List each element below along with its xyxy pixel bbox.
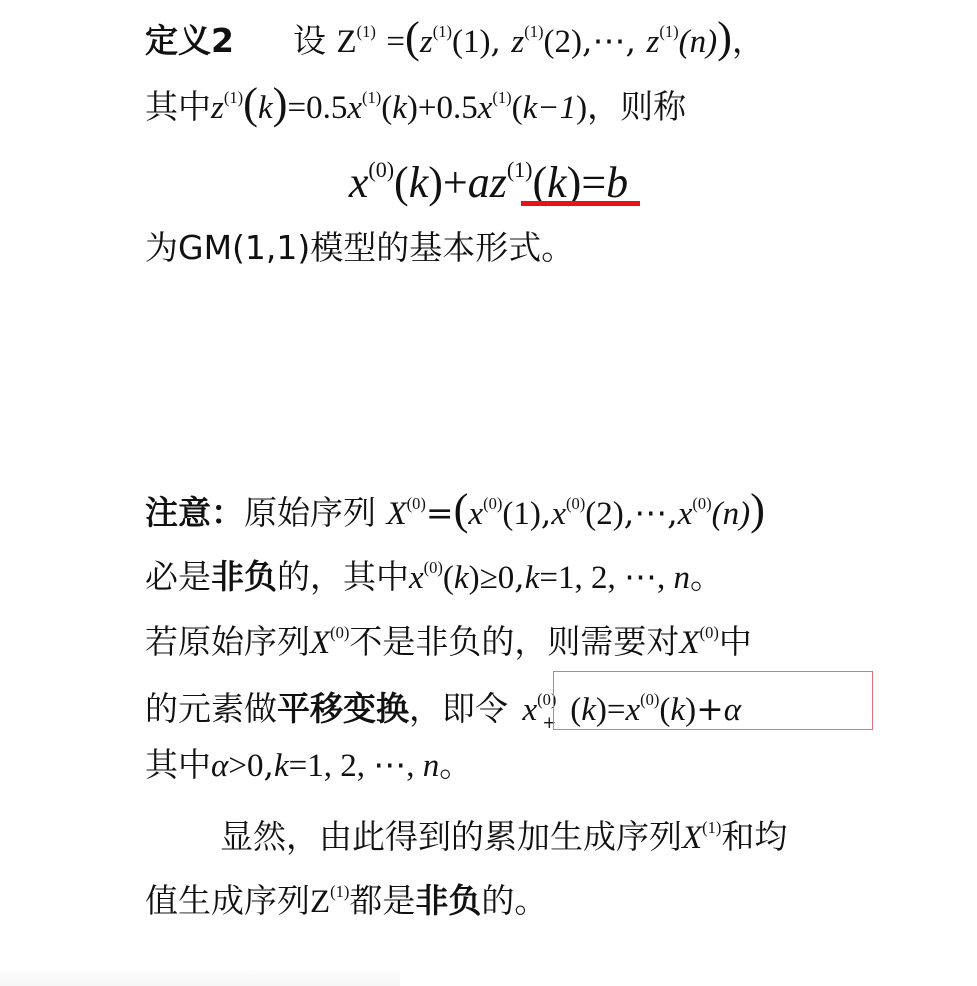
note-line-5: 其中α>0,k=1, 2, ⋯, n。 xyxy=(145,745,472,786)
note-label: 注意： xyxy=(145,493,244,532)
definition-label: 定义2 xyxy=(145,21,234,60)
note-line-1: 注意：原始序列 X(0)=(x(0)(1),x(0)(2),⋯,x(0)(n)) xyxy=(145,484,765,534)
red-underline-annotation xyxy=(521,201,640,206)
note-line-6: 显然，由此得到的累加生成序列X(1)和均 xyxy=(220,808,787,858)
note-line-7: 值生成序列Z(1)都是非负的。 xyxy=(145,872,547,922)
note-line-2: 必是非负的，其中x(0)(k)≥0,k=1, 2, ⋯, n。 xyxy=(145,548,723,598)
gm11-basic-equation: x(0)(k)+az(1)(k)=b xyxy=(0,145,977,208)
red-box-annotation xyxy=(553,671,873,730)
definition-line-3: 为GM(1,1)模型的基本形式。 xyxy=(145,228,574,268)
note-line-3: 若原始序列X(0)不是非负的，则需要对X(0)中 xyxy=(145,613,752,663)
definition-line-1: 定义2 设 Z(1) =(z(1)(1), z(1)(2),⋯, z(1)(n)… xyxy=(145,12,765,62)
definition-line-2: 其中z(1)(k)=0.5x(1)(k)+0.5x(1)(k−1)，则称 xyxy=(145,78,686,128)
bottom-shade xyxy=(0,970,400,986)
